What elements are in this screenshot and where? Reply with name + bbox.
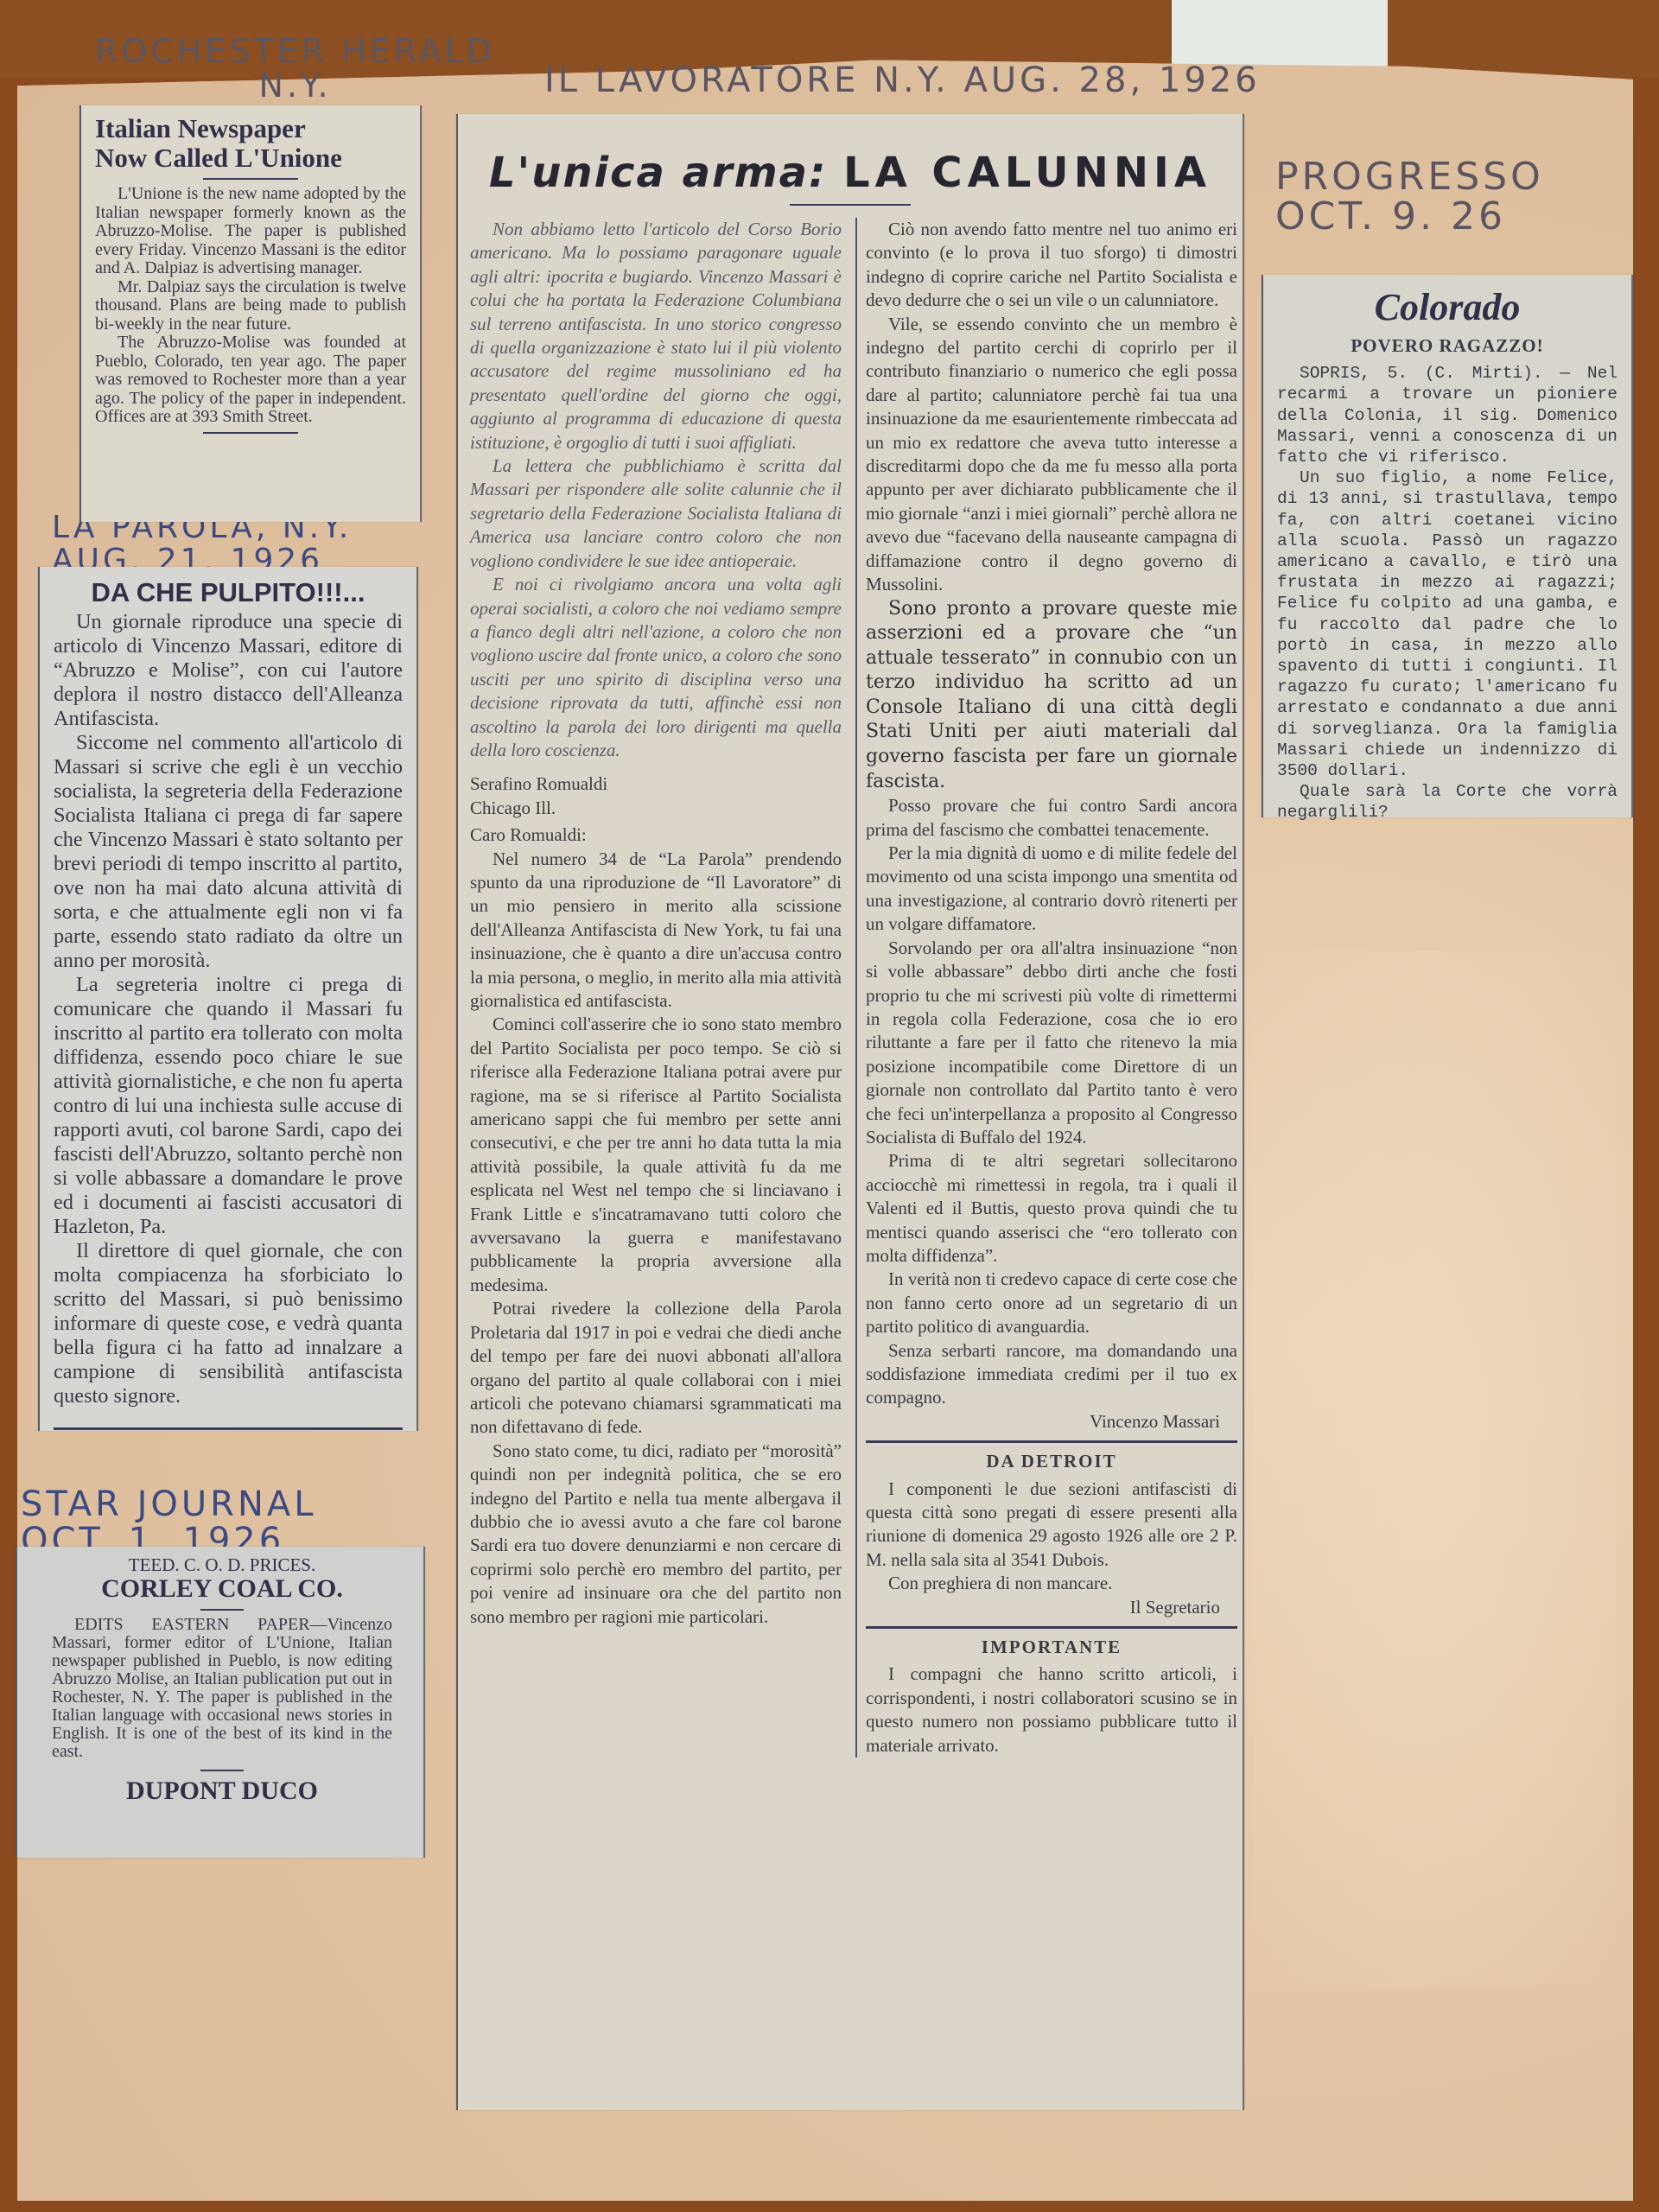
paragraph: Quale sarà la Corte che vorrà negarglili… — [1277, 781, 1618, 823]
article-title: L'unica arma: LA CALUNNIA — [458, 114, 1243, 199]
detroit-signature: Il Segretario — [866, 1596, 1237, 1619]
clipping-subheadline: POVERO RAGAZZO! — [1277, 335, 1618, 356]
letter-paragraph: Cominci coll'asserire che io sono stato … — [470, 1013, 842, 1297]
addressee-line: Serafino Romualdi — [470, 772, 842, 796]
clipping-headline: Colorado — [1277, 283, 1618, 332]
paragraph: Un suo figlio, a nome Felice, di 13 anni… — [1277, 467, 1618, 781]
detroit-paragraph: I componenti le due sezioni antifascisti… — [866, 1478, 1237, 1573]
divider — [203, 432, 298, 434]
annotation-rochester-herald: ROCHESTER HERALD N.Y. — [95, 35, 495, 104]
paragraph: Siccome nel commento all'articolo di Mas… — [54, 731, 403, 973]
detroit-paragraph: Con preghiera di non mancare. — [866, 1572, 1237, 1595]
clipping-progresso-colorado: Colorado POVERO RAGAZZO! SOPRIS, 5. (C. … — [1262, 275, 1633, 817]
article-column-left: Non abbiamo letto l'articolo del Corso B… — [470, 218, 842, 1629]
paragraph: La segreteria inoltre ci prega di comuni… — [54, 973, 403, 1239]
paragraph: SOPRIS, 5. (C. Mirti). — Nel recarmi a t… — [1277, 363, 1618, 467]
title-italic: L'unica arma: — [489, 149, 827, 197]
divider — [866, 1626, 1237, 1629]
divider — [200, 1770, 244, 1771]
addressee-line: Chicago Ill. — [470, 797, 842, 820]
paragraph: Il direttore di quel giornale, che con m… — [54, 1239, 403, 1408]
ad-heading: DUPONT DUCO — [52, 1777, 392, 1806]
intro-paragraph: E noi ci rivolgiamo ancora una volta agl… — [470, 573, 842, 762]
title-ornament — [790, 204, 911, 206]
importante-heading: IMPORTANTE — [866, 1636, 1237, 1659]
ad-fragment: TEED. C. O. D. PRICES. — [52, 1555, 392, 1574]
article-column-right: Ciò non avendo fatto mentre nel tuo anim… — [855, 218, 1237, 1758]
letter-paragraph: Prima di te altri segretari sollecitaron… — [866, 1149, 1237, 1268]
paragraph: The Abruzzo-Molise was founded at Pueblo… — [95, 334, 406, 427]
paragraph: L'Unione is the new name adopted by the … — [95, 185, 406, 278]
salutation: Caro Romualdi: — [470, 823, 842, 847]
detroit-heading: DA DETROIT — [866, 1450, 1237, 1473]
annotation-progresso: PROGRESSO OCT. 9. 26 — [1275, 157, 1544, 237]
letter-paragraph: Posso provare che fui contro Sardi ancor… — [866, 794, 1237, 842]
divider — [203, 178, 298, 180]
letter-paragraph: Senza serbarti rancore, ma domandando un… — [866, 1339, 1237, 1410]
ad-heading: CORLEY COAL CO. — [52, 1574, 392, 1604]
letter-paragraph: Vile, se essendo convinto che un membro … — [866, 313, 1237, 597]
letter-signature: Vincenzo Massari — [866, 1410, 1237, 1433]
paragraph: EDITS EASTERN PAPER—Vincenzo Massari, fo… — [52, 1616, 392, 1761]
clipping-star-journal: TEED. C. O. D. PRICES. CORLEY COAL CO. E… — [16, 1547, 425, 1858]
divider — [54, 1427, 403, 1430]
paragraph: Un giornale riproduce una specie di arti… — [54, 610, 403, 731]
letter-paragraph: Ciò non avendo fatto mentre nel tuo anim… — [866, 218, 1237, 313]
letter-paragraph: In verità non ti credevo capace di certe… — [866, 1268, 1237, 1338]
importante-paragraph: I compagni che hanno scritto articoli, i… — [866, 1662, 1237, 1758]
clipping-la-parola: DA CHE PULPITO!!!... Un giornale riprodu… — [38, 567, 418, 1431]
emphasis-paragraph: Sono pronto a provare queste mie asserzi… — [866, 597, 1237, 795]
intro-paragraph: La lettera che pubblichiamo è scritta da… — [470, 454, 842, 573]
letter-paragraph: Sono stato come, tu dici, radiato per “m… — [470, 1440, 842, 1629]
clipping-il-lavoratore: L'unica arma: LA CALUNNIA Non abbiamo le… — [456, 114, 1244, 2110]
divider — [866, 1440, 1237, 1443]
clipping-headline: DA CHE PULPITO!!!... — [54, 575, 403, 610]
letter-paragraph: Per la mia dignità di uomo e di milite f… — [866, 842, 1237, 937]
clipping-rochester-herald: Italian Newspaper Now Called L'Unione L'… — [79, 105, 422, 522]
letter-paragraph: Sorvolando per ora all'altra insinuazion… — [866, 937, 1237, 1150]
clipping-headline: Italian Newspaper Now Called L'Unione — [95, 114, 406, 173]
paragraph: Mr. Dalpiaz says the circulation is twel… — [95, 278, 406, 334]
letter-paragraph: Potrai rivedere la collezione della Paro… — [470, 1297, 842, 1439]
annotation-il-lavoratore: IL LAVORATORE N.Y. AUG. 28, 1926 — [544, 62, 1261, 99]
letter-paragraph: Nel numero 34 de “La Parola” prendendo s… — [470, 848, 842, 1014]
divider — [200, 1609, 244, 1611]
paper-stain — [1253, 950, 1616, 1987]
title-bold: LA CALUNNIA — [843, 149, 1211, 197]
intro-paragraph: Non abbiamo letto l'articolo del Corso B… — [470, 218, 842, 454]
